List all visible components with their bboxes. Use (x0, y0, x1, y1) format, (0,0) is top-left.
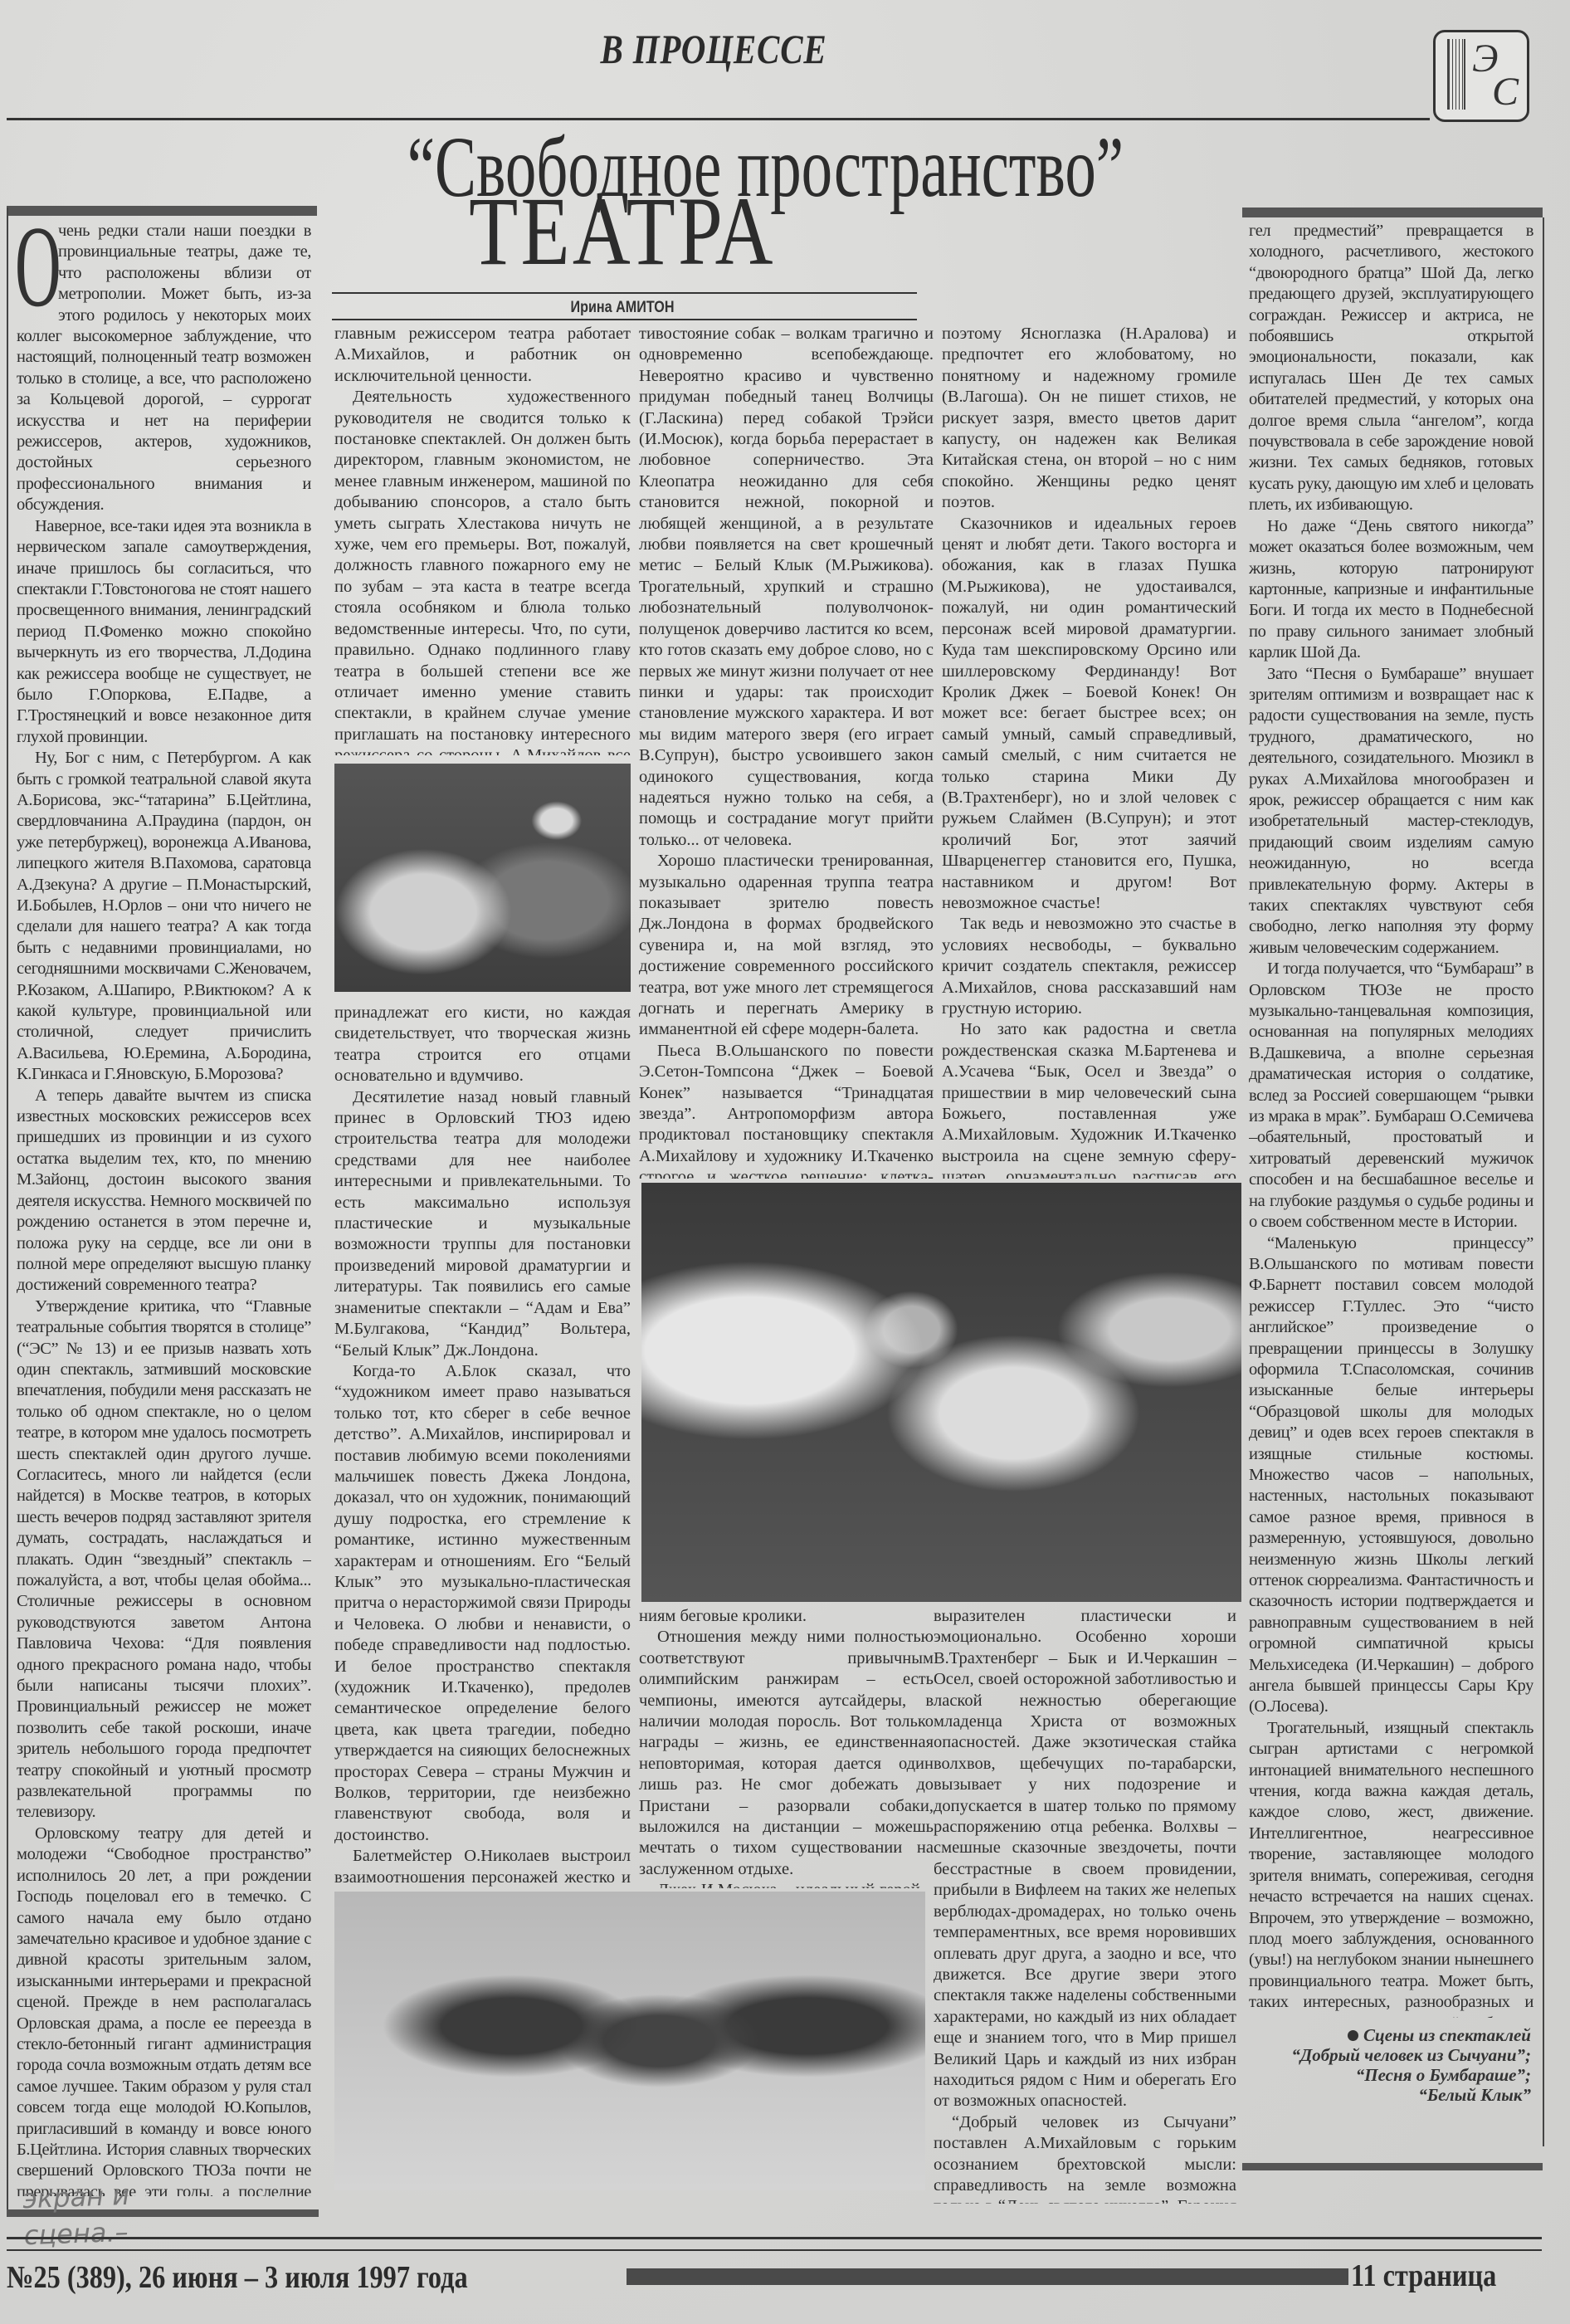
paragraph: Трогательный, изящный спектакль сыгран а… (1249, 1718, 1533, 2018)
paragraph: Хорошо пластически тренированная, музыка… (639, 851, 934, 1041)
byline-rule-top (332, 292, 917, 294)
paragraph: Пьеса В.Ольшанского по повести Э.Сетон-Т… (639, 1041, 934, 1179)
article-column-3-top: тивостояние собак – волкам трагично и од… (639, 324, 934, 1179)
issue-info: №25 (389), 26 июня – 3 июля 1997 года (7, 2259, 468, 2296)
paragraph: Десятилетие назад новый главный принес в… (334, 1087, 631, 1361)
paragraph: Ну, Бог с ним, с Петербургом. А как быть… (17, 748, 311, 1086)
byline-rule-bottom (332, 319, 917, 320)
section-title: В ПРОЦЕССЕ (129, 25, 1299, 73)
paragraph: Очень редки стали наши поездки в провинц… (17, 221, 311, 516)
paragraph: главным режиссером театра работает А.Мих… (334, 324, 631, 387)
caption-line: “Песня о Бумбараше”; (1245, 2065, 1531, 2085)
paragraph: И тогда получается, что “Бумбараш” в Орл… (1249, 959, 1533, 1233)
article-column-1: Очень редки стали наши поездки в провинц… (17, 221, 311, 2196)
footer-rule-1 (7, 2237, 1542, 2239)
paragraph: Утверждение критика, что “Главные театра… (17, 1296, 311, 1824)
right-column-bottom-bar (1242, 2163, 1543, 2170)
caption-line: “Добрый человек из Сычуани”; (1245, 2045, 1531, 2065)
article-column-2-top: главным режиссером театра работает А.Мих… (334, 324, 631, 755)
paragraph: ниям беговые кролики. (639, 1606, 934, 1627)
newspaper-logo-icon: Э С (1433, 30, 1529, 122)
photo-scene-2 (641, 1183, 1241, 1602)
paragraph: Так ведь и невозможно это счастье в усло… (942, 914, 1236, 1019)
photo-scene-3 (334, 1892, 925, 2190)
bullet-icon (1348, 2030, 1358, 2041)
paragraph: Орловскому театру для детей и молодежи “… (17, 1824, 311, 2196)
paragraph: выразителен пластически и эмоционально. … (934, 1606, 1236, 2112)
paragraph: принадлежат его кисти, но каждая свидете… (334, 1003, 631, 1087)
caption-line: Сцены из спектаклей (1363, 2025, 1531, 2045)
paragraph: Зато “Песня о Бумбараше” внушает зрителя… (1249, 664, 1533, 959)
logo-letter-s: С (1492, 69, 1519, 115)
paragraph: Сказочников и идеальных героев ценят и л… (942, 514, 1236, 915)
article-column-4-top: поэтому Ясноглазка (Н.Аралова) и предпоч… (942, 324, 1236, 1179)
paragraph: Но зато как радостна и светла рождествен… (942, 1019, 1236, 1179)
paragraph: “Добрый человек из Сычуани” поставлен А.… (934, 2112, 1236, 2204)
paragraph: Деятельность художественного руководител… (334, 387, 631, 755)
article-column-4-bottom: выразителен пластически и эмоционально. … (934, 1606, 1236, 2204)
article-column-5: гел предместий” превращается в холодного… (1249, 221, 1533, 2018)
paragraph: А теперь давайте вычтем из списка извест… (17, 1086, 311, 1296)
dropcap: О (17, 221, 35, 317)
footer-rule-2 (7, 2249, 1542, 2251)
paragraph: поэтому Ясноглазка (Н.Аралова) и предпоч… (942, 324, 1236, 514)
paragraph: Балетмейстер О.Николаев выстроил взаимоо… (334, 1846, 631, 1891)
article-column-3-bottom: ниям беговые кролики. Отношения между ни… (639, 1606, 934, 1888)
photo-scene-1 (334, 764, 631, 992)
handwritten-note: экран и сцена.– (22, 2177, 132, 2253)
right-column-bar (1242, 207, 1543, 217)
curtain-lines-icon (1447, 39, 1465, 110)
article-column-2-bottom: принадлежат его кисти, но каждая свидете… (334, 1003, 631, 1891)
paragraph: Наверное, все-таки идея эта возникла в н… (17, 516, 311, 748)
paragraph: Но даже “День святого никогда” может ока… (1249, 516, 1533, 664)
caption-line: “Белый Клык” (1245, 2085, 1531, 2105)
paragraph: “Маленькую принцессу” В.Ольшанского по м… (1249, 1233, 1533, 1718)
paragraph: тивостояние собак – волкам трагично и од… (639, 324, 934, 851)
paragraph: Когда-то А.Блок сказал, что “художником … (334, 1361, 631, 1846)
paragraph: Отношения между ними полностью соответст… (639, 1627, 934, 1880)
footer-bar (627, 2268, 1348, 2285)
headline-line-2: ТЕАТРА (378, 183, 867, 281)
byline: Ирина АМИТОН (376, 299, 870, 317)
paragraph: гел предместий” превращается в холодного… (1249, 221, 1533, 516)
paragraph: Джек И.Мосюка – идеальный герой – сильны… (639, 1880, 934, 1888)
photo-caption: Сцены из спектаклей “Добрый человек из С… (1245, 2025, 1531, 2105)
page-number: 11 страница (1351, 2258, 1496, 2294)
